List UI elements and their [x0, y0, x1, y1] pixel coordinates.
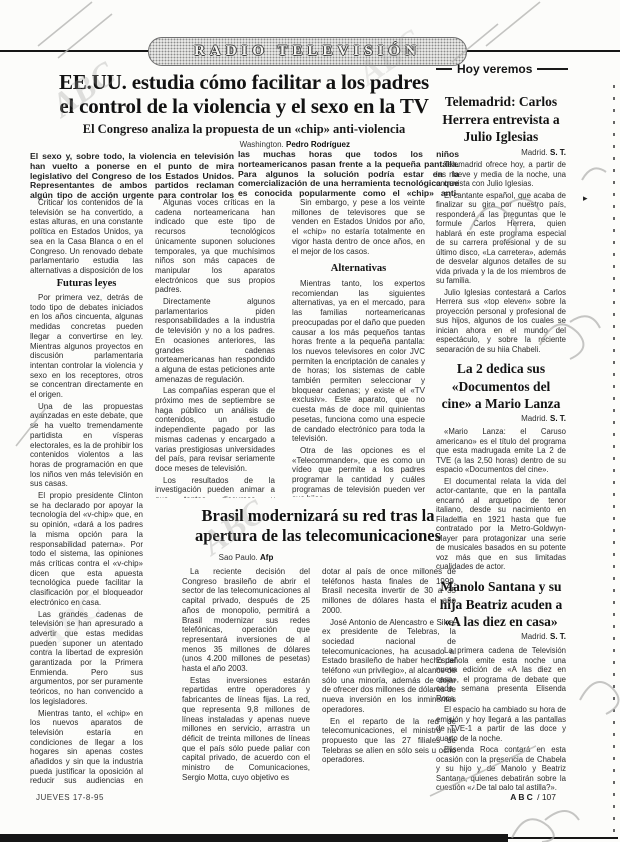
paragraph: Sin embargo, y pese a los veinte millone… — [292, 198, 425, 256]
paragraph: Algunas voces críticas en la cadena nort… — [155, 198, 275, 295]
newspaper-page: RADIO TELEVISIÓN EE.UU. estudia cómo fac… — [0, 0, 620, 842]
footer-abc-logo: ABC — [510, 792, 534, 802]
main-col2: Algunas voces críticas en la cadena nort… — [155, 198, 275, 498]
binding-tick-marks — [613, 85, 615, 835]
sidebar-article3-byline: Madrid. S. T. — [436, 632, 566, 641]
byline-author: Pedro Rodríguez — [286, 140, 350, 149]
col1-subhead: Futuras leyes — [30, 278, 143, 289]
main-col3-top: Sin embargo, y pese a los veinte millone… — [292, 198, 425, 258]
byline-place: Madrid. — [521, 414, 548, 423]
brasil-headline: Brasil modernizará su red tras la apertu… — [180, 506, 456, 546]
paragraph: «Mario Lanza: el Caruso americano» es el… — [436, 427, 566, 475]
paragraph: El documental relata la vida del actor-c… — [436, 477, 566, 572]
sidebar-article1-byline: Madrid. S. T. — [436, 148, 566, 157]
footer-page-number: ABC / 107 — [436, 792, 556, 802]
sidebar-article2-headline: La 2 dedica sus «Documentos del cine» a … — [436, 360, 566, 414]
intro-right: las muchas horas que todos los niños nor… — [238, 150, 459, 199]
main-headline-line1: EE.UU. estudia cómo facilitar a los padr… — [28, 70, 460, 94]
byline-sig: S. T. — [550, 148, 566, 157]
sidebar-article3-body: La primera cadena de Televisión Española… — [436, 646, 566, 790]
main-byline: Washington. Pedro Rodríguez — [145, 140, 350, 149]
bottom-bar-thin — [508, 837, 618, 839]
sidebar-article2-body: «Mario Lanza: el Caruso americano» es el… — [436, 427, 566, 572]
paragraph: Los resultados de la investigación puede… — [155, 476, 275, 498]
section-banner-label: RADIO TELEVISIÓN — [194, 43, 421, 60]
main-headline-line2: el control de la violencia y el sexo en … — [28, 94, 460, 118]
sidebar-article1-headline: Telemadrid: Carlos Herrera entrevista a … — [436, 93, 566, 147]
paragraph: El espacio ha cambiado su hora de emisió… — [436, 705, 566, 743]
brasil-headline-line2: apertura de las telecomunicaciones — [180, 526, 456, 546]
byline-place: Madrid. — [521, 632, 548, 641]
byline-place: Washington. — [240, 140, 284, 149]
sidebar-header-label: Hoy veremos — [457, 62, 532, 76]
byline-place: Madrid. — [521, 148, 548, 157]
margin-arrow-mark: ▸ — [583, 193, 588, 204]
sidebar-article2-byline: Madrid. S. T. — [436, 414, 566, 423]
paragraph: El cantante español, que acaba de finali… — [436, 191, 566, 286]
footer-page: / 107 — [537, 792, 556, 802]
main-col3: Sin embargo, y pese a los veinte millone… — [292, 198, 425, 498]
paragraph: Una de las propuestas avanzadas en este … — [30, 402, 143, 489]
brasil-headline-line1: Brasil modernizará su red tras la — [180, 506, 456, 526]
main-col1: Criticar los contenidos de la televisión… — [30, 198, 143, 790]
paragraph: Las grandes cadenas de televisión se han… — [30, 610, 143, 707]
paragraph: Mientras tanto, los expertos recomiendan… — [292, 279, 425, 444]
paragraph: La primera cadena de Televisión Española… — [436, 646, 566, 703]
footer-date: JUEVES 17-8-95 — [36, 793, 186, 802]
bottom-bar-thick — [0, 834, 508, 842]
dash-rule-left — [436, 68, 452, 70]
byline-sig: S. T. — [550, 414, 566, 423]
paragraph: Las compañías esperan que el próximo mes… — [155, 386, 275, 473]
byline-agency: Afp — [260, 553, 273, 562]
byline-place: Sao Paulo. — [219, 553, 258, 562]
paragraph: Estas inversiones estarán repartidas ent… — [182, 676, 310, 783]
paragraph: Directamente algunos parlamentarios pide… — [155, 297, 275, 384]
main-subhead: El Congreso analiza la propuesta de un «… — [48, 122, 440, 137]
main-headline: EE.UU. estudia cómo facilitar a los padr… — [28, 70, 460, 118]
paragraph: Por primera vez, detrás de todo tipo de … — [30, 293, 143, 400]
paragraph: Telemadrid ofrece hoy, a partir de las n… — [436, 160, 566, 189]
paragraph: Julio Iglesias contestará a Carlos Herre… — [436, 288, 566, 353]
intro-left: El sexo y, sobre todo, la violencia en t… — [30, 152, 234, 200]
main-col1-top: Criticar los contenidos de la televisión… — [30, 198, 143, 275]
brasil-col1: La reciente decisión del Congreso brasil… — [182, 567, 310, 789]
col3-subhead: Alternativas — [292, 263, 425, 274]
paragraph: Criticar los contenidos de la televisión… — [30, 198, 143, 275]
paragraph: Elisenda Roca contará en esta ocasión co… — [436, 745, 566, 790]
section-banner: RADIO TELEVISIÓN — [148, 37, 467, 66]
paragraph: Mientras tanto, el «chip» en los nuevos … — [30, 709, 143, 785]
paragraph: Otra de las opciones es el «Telecommande… — [292, 446, 425, 497]
sidebar-article3-headline: Manolo Santana y su hija Beatriz acuden … — [436, 578, 566, 632]
dash-rule-right — [537, 68, 568, 70]
paragraph: El propio presidente Clinton se ha decla… — [30, 491, 143, 607]
sidebar-header: Hoy veremos — [436, 61, 568, 77]
byline-sig: S. T. — [550, 632, 566, 641]
paragraph: La reciente decisión del Congreso brasil… — [182, 567, 310, 674]
main-col3-rest: Mientras tanto, los expertos recomiendan… — [292, 279, 425, 497]
main-col1-rest: Por primera vez, detrás de todo tipo de … — [30, 293, 143, 785]
brasil-byline: Sao Paulo. Afp — [182, 553, 310, 562]
sidebar-article1-body: Telemadrid ofrece hoy, a partir de las n… — [436, 160, 566, 352]
